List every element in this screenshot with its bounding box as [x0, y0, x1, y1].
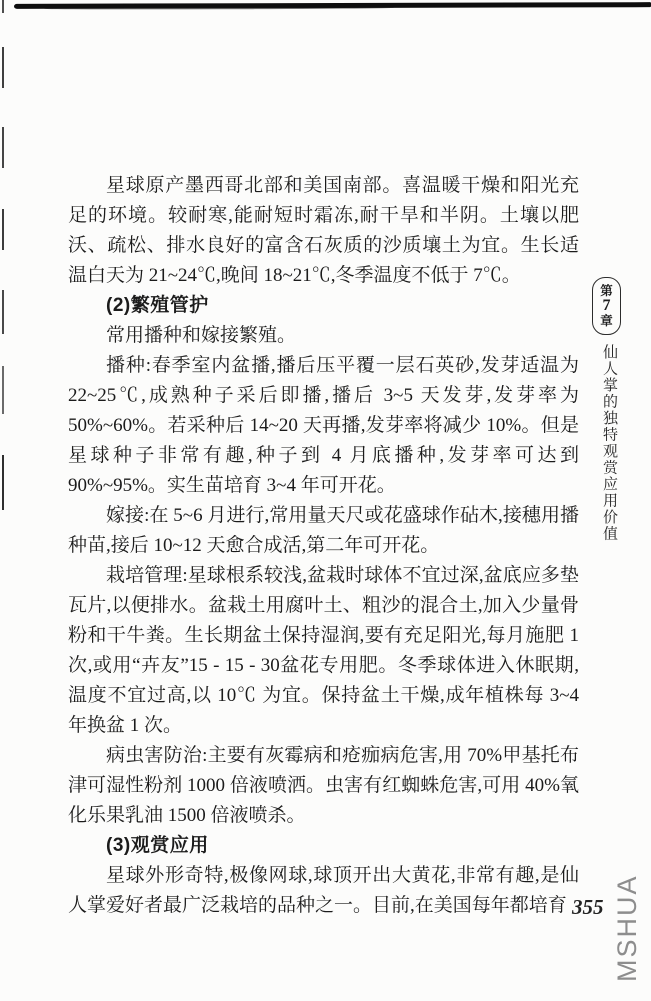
- chapter-title-vertical: 仙人掌的独特观赏应用价值: [599, 344, 620, 542]
- watermark-text: MSHUA: [612, 882, 642, 982]
- page-number: 355: [572, 895, 604, 920]
- left-margin-scan-marks: [2, 0, 4, 547]
- paragraph: 病虫害防治:主要有灰霉病和疮痂病危害,用 70%甲基托布津可湿性粉剂 1000 …: [68, 741, 579, 831]
- paragraph: 嫁接:在 5~6 月进行,常用量天尺或花盛球作砧木,接穗用播种苗,接后 10~1…: [68, 501, 579, 561]
- paragraph: 播种:春季室内盆播,播后压平覆一层石英砂,发芽适温为 22~25℃,成熟种子采后…: [68, 351, 579, 501]
- paragraph: 星球原产墨西哥北部和美国南部。喜温暖干燥和阳光充足的环境。较耐寒,能耐短时霜冻,…: [68, 171, 579, 291]
- chapter-badge: 第 7 章: [592, 277, 621, 335]
- section-heading: (2)繁殖管护: [68, 291, 579, 321]
- section-heading: (3)观赏应用: [68, 831, 579, 861]
- paragraph: 常用播种和嫁接繁殖。: [68, 321, 579, 351]
- page-top-rule: [14, 2, 651, 9]
- main-text-column: 星球原产墨西哥北部和美国南部。喜温暖干燥和阳光充足的环境。较耐寒,能耐短时霜冻,…: [68, 171, 579, 921]
- paragraph: 栽培管理:星球根系较浅,盆栽时球体不宜过深,盆底应多垫瓦片,以便排水。盆栽土用腐…: [68, 561, 579, 741]
- chapter-badge-char: 第: [600, 284, 613, 298]
- scanned-book-page: 星球原产墨西哥北部和美国南部。喜温暖干燥和阳光充足的环境。较耐寒,能耐短时霜冻,…: [0, 0, 651, 1001]
- chapter-number: 7: [603, 298, 611, 314]
- chapter-badge-char: 章: [600, 314, 613, 328]
- paragraph: 星球外形奇特,极像网球,球顶开出大黄花,非常有趣,是仙人掌爱好者最广泛栽培的品种…: [68, 861, 579, 921]
